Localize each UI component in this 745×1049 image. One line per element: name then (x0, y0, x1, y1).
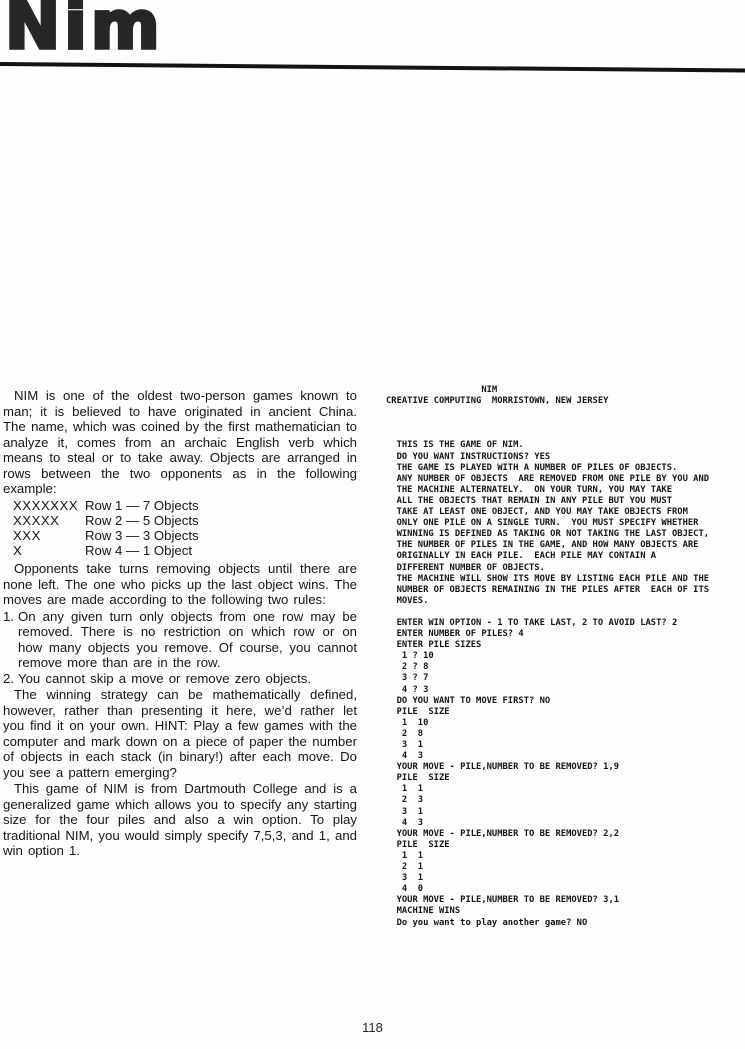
game-title-logo: Nim (5, 0, 164, 59)
row-label: Row 2 — 5 Objects (85, 513, 357, 528)
rule-number: 1. (3, 609, 18, 671)
book-page: Nim NIM is one of the oldest two-person … (0, 0, 745, 1049)
rule-item: 1. On any given turn only objects from o… (3, 609, 357, 671)
article-paragraph-intro: NIM is one of the oldest two-person game… (3, 388, 357, 497)
row-marks: XXXXXXX (13, 498, 85, 513)
title-rule (0, 62, 745, 72)
row-marks: XXX (13, 528, 85, 543)
row-marks: XXXXX (13, 513, 85, 528)
article-paragraph-strategy: The winning strategy can be mathematical… (3, 687, 357, 780)
program-printout: NIM CREATIVE COMPUTING MORRISTOWN, NEW J… (386, 385, 709, 929)
rows-example-row: XXXXX Row 2 — 5 Objects (13, 513, 357, 528)
row-marks: X (13, 543, 85, 558)
rows-example-row: X Row 4 — 1 Object (13, 543, 357, 558)
rows-example: XXXXXXX Row 1 — 7 Objects XXXXX Row 2 — … (13, 498, 357, 559)
rules-list: 1. On any given turn only objects from o… (3, 609, 357, 687)
rows-example-row: XXXXXXX Row 1 — 7 Objects (13, 498, 357, 513)
rule-number: 2. (3, 671, 18, 687)
rows-example-row: XXX Row 3 — 3 Objects (13, 528, 357, 543)
article-paragraph-opponents: Opponents take turns removing objects un… (3, 561, 357, 608)
row-label: Row 4 — 1 Object (85, 543, 357, 558)
page-footer: 118 (0, 1020, 745, 1035)
rule-item: 2. You cannot skip a move or remove zero… (3, 671, 357, 687)
rule-text: You cannot skip a move or remove zero ob… (18, 671, 357, 687)
article-paragraph-dartmouth: This game of NIM is from Dartmouth Colle… (3, 781, 357, 859)
row-label: Row 1 — 7 Objects (85, 498, 357, 513)
row-label: Row 3 — 3 Objects (85, 528, 357, 543)
rule-text: On any given turn only objects from one … (18, 609, 357, 671)
page-number: 118 (362, 1020, 383, 1035)
article-column: NIM is one of the oldest two-person game… (3, 388, 357, 860)
